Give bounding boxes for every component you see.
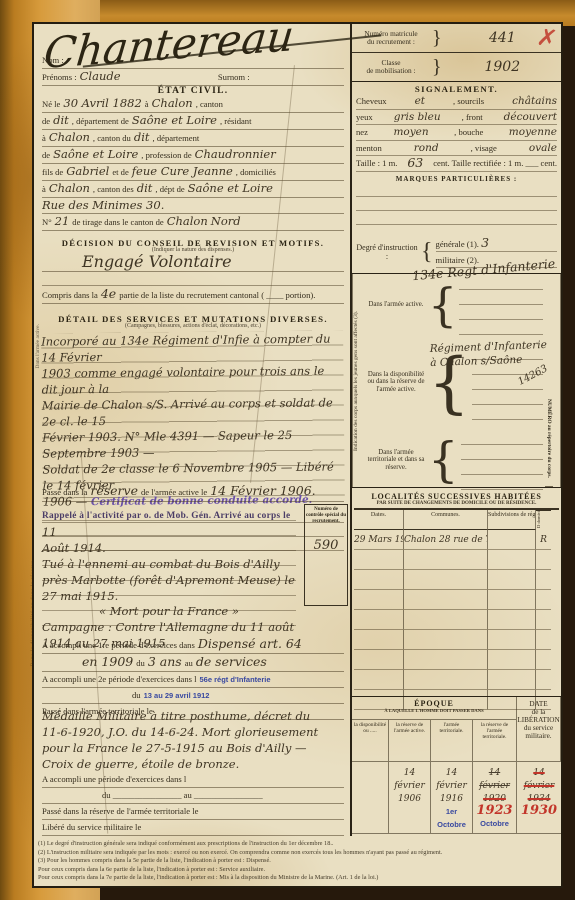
epoque-col1-value: [352, 762, 389, 834]
classe-label-2: de mobilisation :: [366, 66, 415, 75]
footnote-1: (1) Le degré d'instruction générale sera…: [38, 840, 557, 849]
blank-line: [356, 211, 557, 225]
bottom-line: Passé dans la réserve de l'armée territo…: [42, 804, 344, 820]
disponibilite-label: Dans la disponibilité ou dans la réserve…: [366, 371, 426, 394]
row-date: 29 Mars 1914: [354, 530, 404, 550]
brace-glyph: {: [428, 432, 459, 488]
localites-row-empty: [354, 570, 559, 590]
bottom-line: A accompli une période d'exercices dans …: [42, 772, 344, 788]
classe-value: 1902: [444, 59, 561, 75]
passe-reserve-line: Passé dans la réserve de l'armée active …: [42, 482, 344, 502]
ruled-lines: [461, 430, 543, 490]
col-domicile-residence: D domicile ou R résidence.: [536, 510, 551, 530]
periode1b-line: en 1909 du 3 ans au de services: [42, 654, 344, 672]
mort-pour-la-france: « Mort pour la France »: [42, 604, 296, 619]
matricule-label: Numéro matricule du recrutement :: [352, 30, 430, 46]
localites-row-empty: [354, 650, 559, 670]
name-block: Chantereau Nom : Prénoms : Claude Surnom…: [42, 26, 344, 84]
corps-side-label: Indication des corps auxquels les jeunes…: [352, 274, 366, 487]
controle-label: Numéro de contrôle spécial du recrutemen…: [306, 507, 346, 524]
repertoire-label: NUMÉRO au répertoire du corps.: [545, 390, 553, 487]
epoque-title: ÉPOQUE: [352, 697, 516, 708]
signalement-row: Cheveux et , sourcils châtains: [356, 94, 557, 110]
right-column: Numéro matricule du recrutement : } 441 …: [352, 24, 561, 836]
epoque-col2-value: 14 février1906: [389, 762, 431, 834]
brace-glyph: }: [432, 27, 442, 50]
footnote-2: (2) L'instruction militaire sera indiqué…: [38, 849, 557, 858]
etat-civil-line: à Chalon , canton des dit , dépt de Saôn…: [42, 181, 344, 198]
localites-subtitle: PAR SUITE DE CHANGEMENTS DE DOMICILE OU …: [354, 501, 559, 509]
footnote-3: (3) Pour les hommes compris dans la 5e p…: [38, 857, 557, 866]
matricule-row: Numéro matricule du recrutement : } 441 …: [352, 24, 561, 53]
localites-row-empty: [354, 630, 559, 650]
etat-civil-line: à Chalon , canton du dit , département: [42, 130, 344, 147]
epoque-col3-header: l'armée territoriale.: [431, 720, 473, 762]
mobilisation-section: Rappelé à l'activité par o. de Mob. Gén.…: [42, 506, 296, 632]
decision-value: Engagé Volontaire: [82, 253, 232, 271]
signalement-row: menton rond , visage ovale: [356, 141, 557, 157]
etat-civil-line: Rue des Minimes 30.: [42, 198, 344, 214]
bottom-rows-section: A accompli une période d'exercices dans …: [42, 772, 344, 836]
mobilisation-handwriting: Rappelé à l'activité par o. de Mob. Gén.…: [42, 506, 296, 604]
localites-row-empty: [354, 590, 559, 610]
form-columns: Dans l'armée active. Chantereau Nom : Pr…: [34, 24, 561, 836]
left-column: Dans l'armée active. Chantereau Nom : Pr…: [34, 24, 352, 836]
epoque-subtitle: À LAQUELLE L'HOMME DOIT PASSER DANS: [352, 708, 516, 713]
epoque-col3-value: 14 février19161er Octobre: [431, 762, 473, 834]
localites-row-empty: [354, 550, 559, 570]
ruled-lines: [459, 275, 543, 335]
matricule-label-2: du recrutement :: [367, 37, 415, 46]
liberation-date-header: DATEde laLIBÉRATIONdu service militaire.: [517, 697, 561, 762]
localites-header-row: Dates. Communes. Subdivisions de région.…: [354, 510, 559, 530]
etat-civil-title: ÉTAT CIVIL.: [42, 86, 344, 96]
compris-line: Compris dans la 4e partie de la liste du…: [42, 286, 344, 304]
col-communes: Communes.: [404, 510, 488, 530]
epoque-col4-value: 14 février19201923Octobre: [473, 762, 517, 834]
epoque-section: ÉPOQUE À LAQUELLE L'HOMME DOIT PASSER DA…: [352, 696, 561, 834]
row-commune: Chalon 28 rue de Traves: [404, 530, 488, 550]
disponibilite-value-2: à Chalon s/Saône: [430, 354, 522, 369]
col-dates: Dates.: [354, 510, 404, 530]
taille-row: Taille : 1 m. 63 cent. Taille rectifiée …: [356, 156, 557, 172]
epoque-col1-header: la disponibilité ou .....: [352, 720, 389, 762]
periode2-line: A accompli une 2e période d'exercices da…: [42, 672, 344, 688]
epoque-title-cell: ÉPOQUE À LAQUELLE L'HOMME DOIT PASSER DA…: [352, 697, 517, 720]
disponibilite-value: Régiment d'Infanterie à Chalon s/Saône: [430, 338, 548, 370]
footnotes: (1) Le degré d'instruction générale sera…: [38, 840, 557, 883]
footnote-4: Pour ceux compris dans la 6e partie de l…: [38, 866, 557, 875]
footnote-5: Pour ceux compris dans la 7e partie de l…: [38, 874, 557, 883]
degre-label: Degré d'instruction :: [356, 243, 418, 261]
bottom-line: du ________________ au ________________: [42, 788, 344, 804]
brace-glyph: }: [432, 56, 442, 79]
bottom-line: Libéré du service militaire le: [42, 820, 344, 836]
localites-title: LOCALITÉS SUCCESSIVES HABITÉES: [354, 492, 559, 501]
localites-row: 29 Mars 1914 Chalon 28 rue de Traves R: [354, 530, 559, 550]
etat-civil-line: fils de Gabriel et de feue Cure Jeanne ,…: [42, 164, 344, 181]
epoque-col4-header: la réserve de l'armée territoriale.: [473, 720, 517, 762]
brace-glyph: {: [428, 278, 457, 332]
periode2b-line: du 13 au 29 avril 1912: [42, 688, 344, 704]
signalement-row: yeux gris bleu , front découvert: [356, 110, 557, 126]
periode1-line: A accompli une 1re période d'exercices d…: [42, 636, 344, 654]
classe-row: Classe de mobilisation : } 1902: [352, 53, 561, 82]
etat-civil-line: Né le 30 Avril 1882 à Chalon , canton: [42, 96, 344, 113]
decision-section: DÉCISION DU CONSEIL DE REVISION ET MOTIF…: [42, 238, 344, 304]
etat-civil-line: N° 21 de tirage dans le canton de Chalon…: [42, 214, 344, 231]
signalement-section: SIGNALEMENT. Cheveux et , sourcils châta…: [352, 84, 561, 225]
disponibilite-value-1: Régiment d'Infanterie: [430, 339, 547, 355]
row-margin-label: Dans l'armée active.: [35, 324, 41, 369]
epoque-col5-value: 14 février19341930: [517, 762, 561, 834]
territoriale-label: Dans l'armée territoriale et dans sa rés…: [366, 449, 426, 472]
row-dr: R: [536, 530, 551, 550]
etat-civil-section: ÉTAT CIVIL. Né le 30 Avril 1882 à Chalon…: [42, 86, 344, 231]
localites-row-empty: [354, 610, 559, 630]
corps-group-territoriale: Dans l'armée territoriale et dans sa rés…: [366, 428, 545, 492]
localites-table: Dates. Communes. Subdivisions de région.…: [354, 509, 559, 710]
blank-line: [42, 272, 344, 286]
repertoire-column: NUMÉRO au répertoire du corps.: [545, 274, 561, 487]
etat-civil-line: de Saône et Loire , profession de Chaudr…: [42, 147, 344, 164]
medaille-section: Médaille Militaire à titre posthume, déc…: [42, 708, 344, 772]
matricule-block: Numéro matricule du recrutement : } 441 …: [352, 24, 561, 82]
blank-line: [356, 197, 557, 211]
controle-special-box: Numéro de contrôle spécial du recrutemen…: [304, 504, 348, 606]
localites-section: LOCALITÉS SUCCESSIVES HABITÉES PAR SUITE…: [352, 492, 561, 710]
armee-active-label: Dans l'armée active.: [366, 301, 426, 309]
classe-label: Classe de mobilisation :: [352, 59, 430, 75]
marques-title: MARQUES PARTICULIÈRES :: [356, 175, 557, 183]
epoque-col2-header: la réserve de l'armée active.: [389, 720, 431, 762]
brace-glyph: {: [421, 239, 433, 266]
blank-line: [356, 183, 557, 197]
signalement-title: SIGNALEMENT.: [356, 84, 557, 94]
controle-value: 590: [306, 538, 346, 553]
col-subdivisions: Subdivisions de région.: [488, 510, 536, 530]
signalement-row: nez moyen , bouche moyenne: [356, 125, 557, 141]
corps-section: Indication des corps auxquels les jeunes…: [352, 274, 561, 488]
passe-reserve-row: Passé dans la réserve de l'armée active …: [42, 482, 344, 502]
surnom-label: Surnom :: [218, 70, 250, 85]
degre-generale: générale (1). 3: [436, 236, 557, 252]
row-subdivision: [488, 530, 536, 550]
etat-civil-line: de dit , département de Saône et Loire ,…: [42, 113, 344, 130]
localites-row-empty: [354, 670, 559, 690]
fiche-matricule-page: Dans l'armée active. Chantereau Nom : Pr…: [32, 22, 563, 888]
red-check-mark: ✗: [535, 22, 560, 53]
medaille-handwriting: Médaille Militaire à titre posthume, déc…: [42, 708, 344, 772]
corps-group-active: Dans l'armée active. {: [366, 274, 545, 336]
